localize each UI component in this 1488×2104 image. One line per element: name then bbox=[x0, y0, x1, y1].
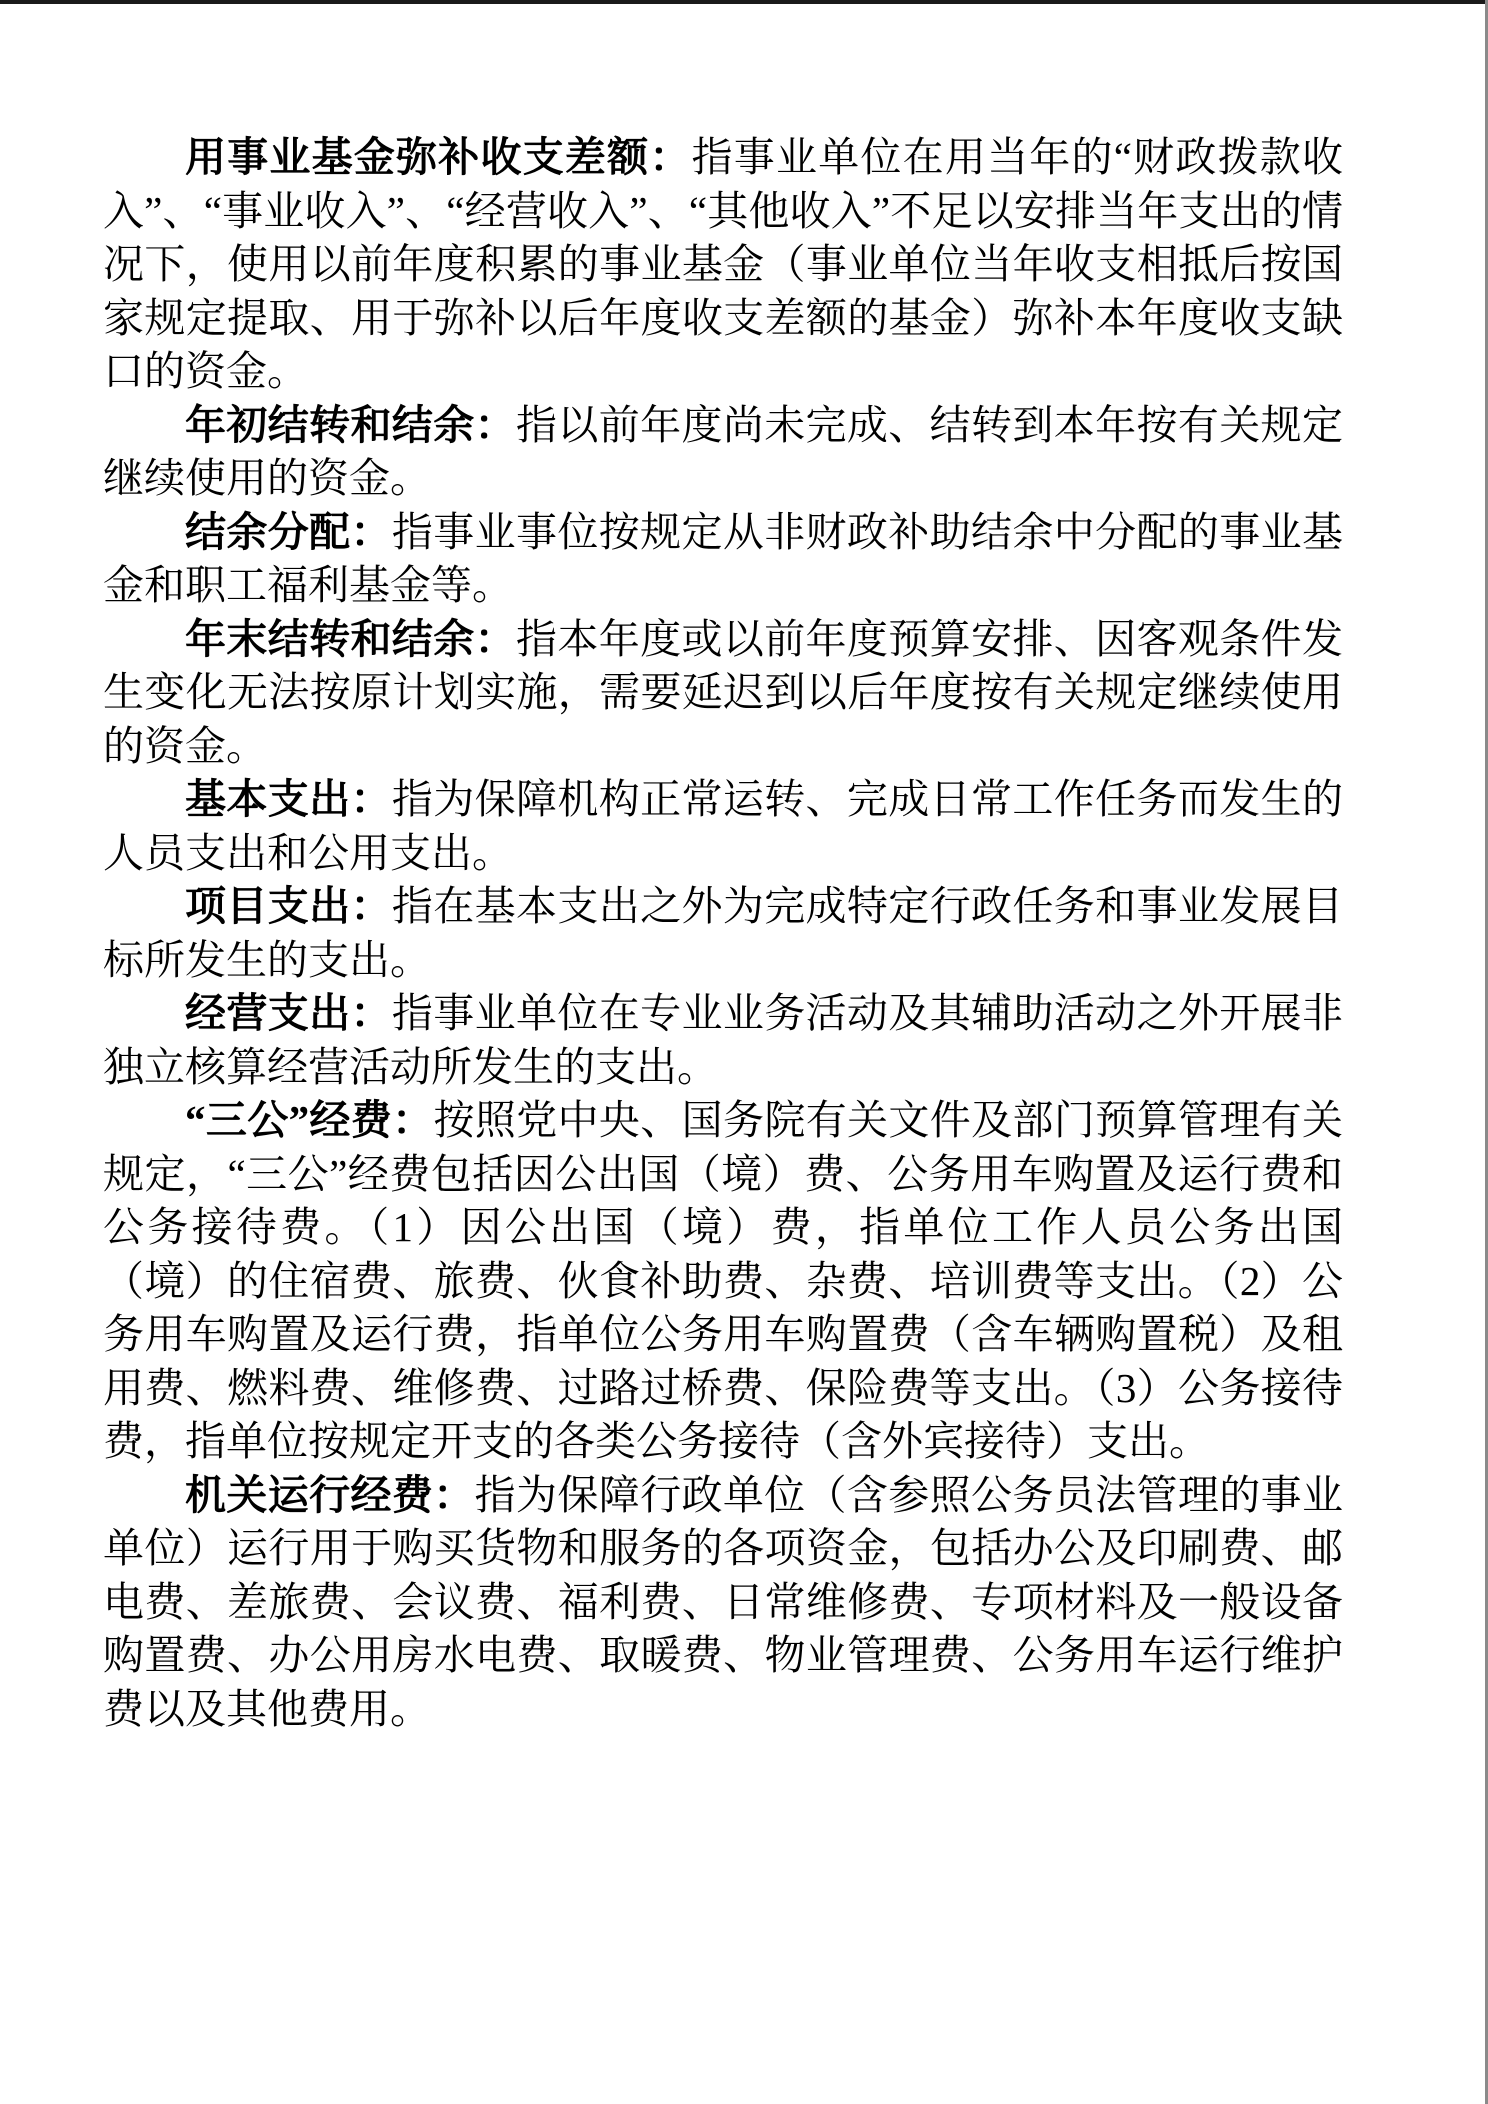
definition-paragraph: 机关运行经费：指为保障行政单位（含参照公务员法管理的事业单位）运行用于购买货物和… bbox=[103, 1469, 1343, 1737]
term-label: 年末结转和结余： bbox=[185, 616, 516, 662]
definition-paragraph: 基本支出：指为保障机构正常运转、完成日常工作任务而发生的人员支出和公用支出。 bbox=[103, 773, 1343, 880]
term-label: 基本支出： bbox=[185, 776, 392, 822]
document-body: 用事业基金弥补收支差额：指事业单位在用当年的“财政拨款收入”、“事业收入”、“经… bbox=[103, 131, 1343, 1736]
definition-paragraph: 项目支出：指在基本支出之外为完成特定行政任务和事业发展目标所发生的支出。 bbox=[103, 880, 1343, 987]
term-label: 经营支出： bbox=[185, 990, 392, 1036]
term-label: 项目支出： bbox=[185, 883, 392, 929]
scan-edge-top bbox=[0, 0, 1488, 4]
term-label: “三公”经费： bbox=[185, 1097, 434, 1143]
definition-paragraph: 年末结转和结余：指本年度或以前年度预算安排、因客观条件发生变化无法按原计划实施，… bbox=[103, 613, 1343, 774]
definition-paragraph: 年初结转和结余：指以前年度尚未完成、结转到本年按有关规定继续使用的资金。 bbox=[103, 399, 1343, 506]
term-label: 机关运行经费： bbox=[185, 1472, 475, 1518]
definition-paragraph: 结余分配：指事业事位按规定从非财政补助结余中分配的事业基金和职工福利基金等。 bbox=[103, 506, 1343, 613]
term-definition: 按照党中央、国务院有关文件及部门预算管理有关规定，“三公”经费包括因公出国（境）… bbox=[103, 1097, 1343, 1464]
term-label: 年初结转和结余： bbox=[185, 402, 516, 448]
document-page: 用事业基金弥补收支差额：指事业单位在用当年的“财政拨款收入”、“事业收入”、“经… bbox=[0, 0, 1488, 2104]
term-label: 结余分配： bbox=[185, 509, 392, 555]
definition-paragraph: 经营支出：指事业单位在专业业务活动及其辅助活动之外开展非独立核算经营活动所发生的… bbox=[103, 987, 1343, 1094]
definition-paragraph: “三公”经费：按照党中央、国务院有关文件及部门预算管理有关规定，“三公”经费包括… bbox=[103, 1094, 1343, 1469]
definition-paragraph: 用事业基金弥补收支差额：指事业单位在用当年的“财政拨款收入”、“事业收入”、“经… bbox=[103, 131, 1343, 399]
term-label: 用事业基金弥补收支差额： bbox=[185, 134, 692, 180]
